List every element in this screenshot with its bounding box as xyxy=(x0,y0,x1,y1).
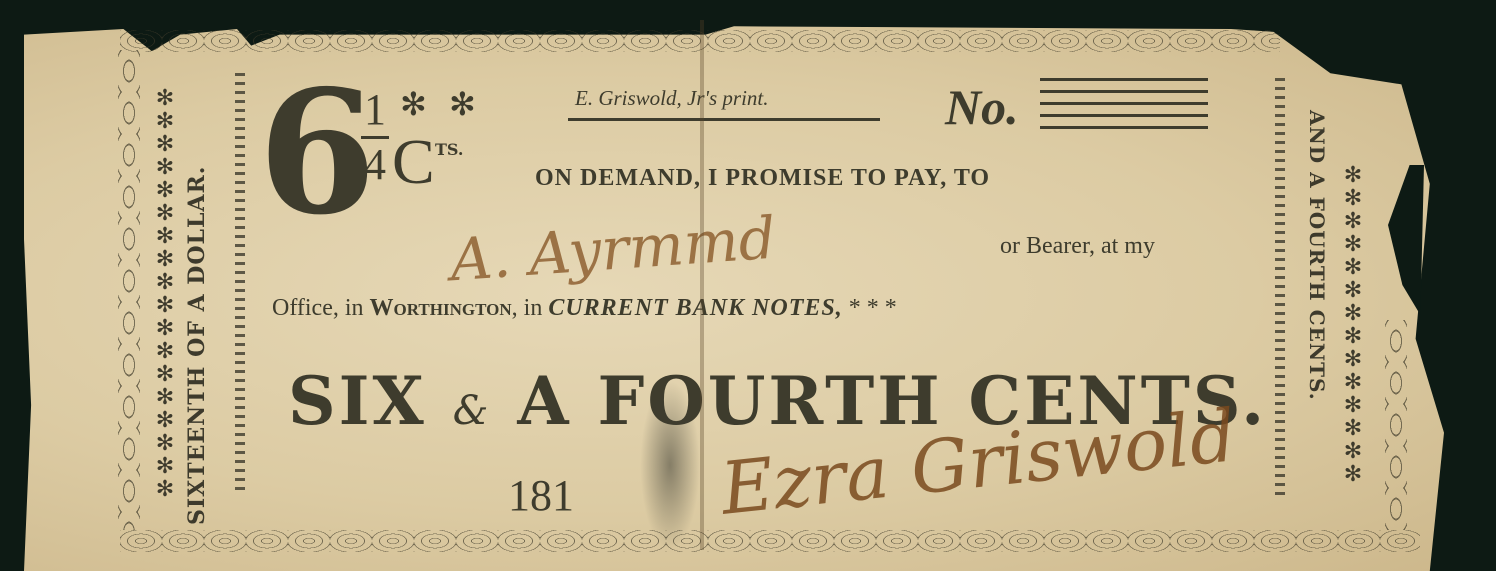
office-mid: , in xyxy=(512,295,549,321)
cents-c: C xyxy=(392,125,435,199)
year-prefix: 181 xyxy=(508,470,574,521)
cents-ts: TS. xyxy=(435,140,463,159)
center-fold-crease xyxy=(700,20,704,550)
left-border-ornament xyxy=(118,50,140,530)
amount-words-part1: SIX xyxy=(288,362,453,440)
left-wavy-rule xyxy=(235,70,245,490)
left-border-text: SIXTEENTH OF A DOLLAR. xyxy=(184,85,210,525)
office-prefix: Office, in xyxy=(272,295,370,321)
printer-rule xyxy=(568,118,880,121)
fraction-numerator: 1 xyxy=(364,85,386,134)
serial-number-lines xyxy=(1040,78,1208,138)
office-town: Worthington xyxy=(370,295,512,321)
ink-stain xyxy=(640,380,700,550)
office-line: Office, in Worthington, in CURRENT BANK … xyxy=(272,295,897,322)
fraction-denominator: 4 xyxy=(364,140,386,189)
fraction-bar xyxy=(361,136,389,139)
bearer-line: or Bearer, at my xyxy=(1000,233,1155,260)
right-wavy-rule xyxy=(1275,75,1285,495)
denomination-fraction: 1 4 xyxy=(355,88,395,187)
promise-line: ON DEMAND, I PROMISE TO PAY, TO xyxy=(535,165,990,192)
right-border-ornament xyxy=(1385,320,1407,530)
right-star-column: ✻✻✻✻✻✻✻✻✻✻✻✻✻✻ xyxy=(1340,165,1366,486)
office-currency: CURRENT BANK NOTES, xyxy=(548,295,842,321)
office-stars: * * * xyxy=(843,295,897,321)
bottom-border-ornament xyxy=(120,530,1420,552)
serial-label: No. xyxy=(945,78,1019,136)
star-ornaments: ✻ ✻ xyxy=(400,85,482,123)
left-star-column: ✻✻✻✻✻✻✻✻✻✻✻✻✻✻✻✻✻✻ xyxy=(152,88,178,501)
right-border-text: AND A FOURTH CENTS. xyxy=(1305,110,1329,530)
amount-ampersand: & xyxy=(453,388,492,434)
printer-imprint: E. Griswold, Jr's print. xyxy=(575,86,769,111)
